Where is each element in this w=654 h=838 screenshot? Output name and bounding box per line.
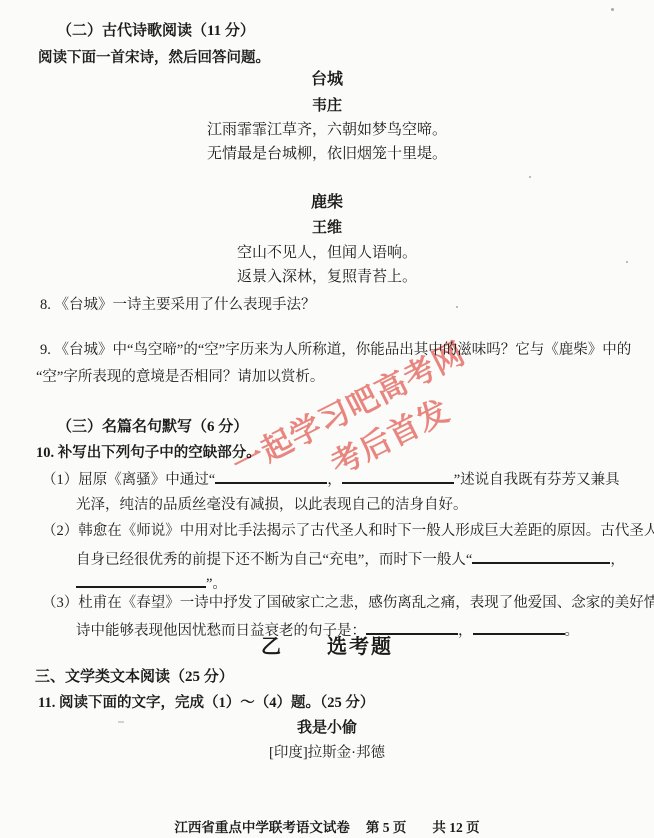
- poem-line: 空山不见人，但闻人语响。: [0, 244, 654, 262]
- section-heading-dictation: （三）名篇名句默写（6 分）: [57, 418, 248, 436]
- item-1-text-pre: （1）屈原《离骚》中通过“: [42, 472, 215, 488]
- scan-speck: [529, 176, 531, 178]
- item-1-text-post: ”述说自我既有芬芳又兼具: [454, 472, 620, 488]
- answer-blank: [473, 620, 565, 635]
- dictation-item-3-line-1: （3）杜甫在《春望》一诗中抒发了国破家亡之悲，感伤离乱之痛，表现了他爱国、念家的…: [42, 594, 654, 612]
- dictation-item-1-line-2: 光泽，纯洁的品质丝毫没有减损，以此表现自己的洁身自好。: [76, 496, 468, 514]
- question-10: 10. 补写出下列句子中的空缺部分。: [36, 444, 261, 462]
- poem-line: 无情最是台城柳，依旧烟笼十里堤。: [0, 145, 654, 163]
- answer-blank: [342, 469, 454, 484]
- poem-line: 江雨霏霏江草齐，六朝如梦鸟空啼。: [0, 121, 654, 139]
- section-heading-poetry: （二）古代诗歌阅读（11 分）: [57, 22, 255, 40]
- question-9-line-1: 9. 《台城》中“鸟空啼”的“空”字历来为人所称道，你能品出其中的滋味吗？它与《…: [40, 341, 631, 359]
- item-2-close-quote: ”。: [206, 576, 227, 592]
- item-3-period: 。: [565, 623, 580, 639]
- exam-page: 一起学习吧高考网 考后首发 （二）古代诗歌阅读（11 分） 阅读下面一首宋诗，然…: [0, 0, 654, 838]
- section-heading-literature: 三、文学类文本阅读（25 分）: [35, 668, 234, 686]
- footer-page-number: 第 5 页: [366, 820, 407, 835]
- elective-heading: 乙 选考题: [0, 638, 654, 656]
- dictation-item-2-line-2: 自身已经很优秀的前提下还不断为自己“充电”，而时下一般人“，: [76, 549, 625, 569]
- question-9-line-2: “空”字所表现的意境是否相同？请加以赏析。: [36, 368, 324, 386]
- dictation-item-2-line-3: ”。: [76, 573, 227, 593]
- poem-title-luchai: 鹿柴: [0, 194, 654, 212]
- page-footer: 江西省重点中学联考语文试卷第 5 页共 12 页: [0, 816, 654, 836]
- answer-blank: [215, 469, 327, 484]
- item-2-comma: ，: [610, 552, 625, 568]
- footer-total-pages: 共 12 页: [432, 820, 479, 835]
- poem-line: 返景入深林，复照青苔上。: [0, 268, 654, 286]
- item-2-text-pre: 自身已经很优秀的前提下还不断为自己“充电”，而时下一般人“: [76, 552, 472, 568]
- dictation-item-2-line-1: （2）韩愈在《师说》中用对比手法揭示了古代圣人和时下一般人形成巨大差距的原因。古…: [42, 522, 654, 540]
- item-1-comma: ，: [327, 472, 342, 488]
- dictation-item-1-line-1: （1）屈原《离骚》中通过“，”述说自我既有芬芳又兼具: [42, 469, 620, 489]
- footer-exam-title: 江西省重点中学联考语文试卷: [174, 820, 350, 835]
- story-title: 我是小偷: [0, 719, 654, 737]
- question-11: 11. 阅读下面的文字，完成（1）～（4）题。（25 分）: [38, 694, 374, 712]
- poem-author-weizhuang: 韦庄: [0, 97, 654, 115]
- answer-blank: [366, 620, 458, 635]
- poetry-intro: 阅读下面一首宋诗，然后回答问题。: [38, 49, 270, 67]
- poem-title-taicheng: 台城: [0, 71, 654, 89]
- answer-blank: [472, 549, 610, 564]
- poem-author-wangwei: 王维: [0, 219, 654, 237]
- question-8: 8. 《台城》一诗主要采用了什么表现手法？: [40, 296, 316, 314]
- answer-blank: [76, 573, 206, 588]
- scan-speck: [611, 8, 614, 11]
- item-3-comma: ，: [458, 623, 473, 639]
- story-author: [印度]拉斯金·邦德: [0, 744, 654, 762]
- scan-speck: [456, 306, 458, 308]
